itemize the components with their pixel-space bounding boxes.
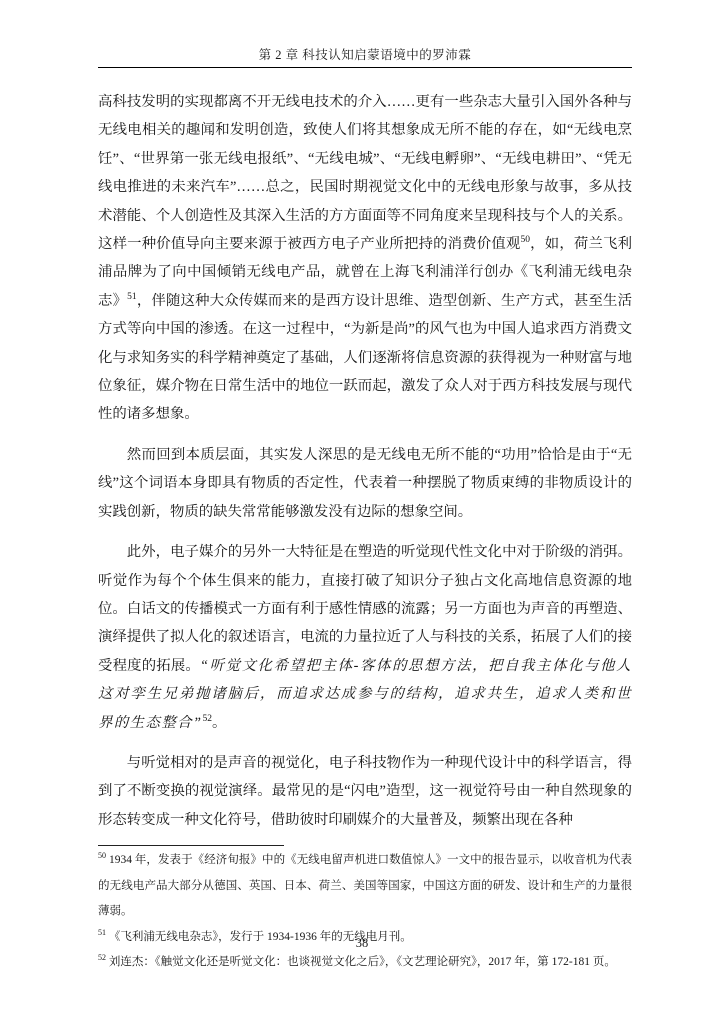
footnote-marker: 50 — [98, 851, 106, 860]
footnote-ref: 52 — [202, 714, 212, 724]
paragraph: 然而回到本质层面，其实发人深思的是无线电无所不能的“功用”恰恰是由于“无线”这个… — [98, 441, 632, 526]
document-page: 第 2 章 科技认知启蒙语境中的罗沛霖 高科技发明的实现都离不开无线电技术的介入… — [0, 0, 724, 1023]
footnote: 52 刘连杰：《触觉文化还是听觉文化：也谈视觉文化之后》，《文艺理论研究》，20… — [98, 950, 632, 976]
text-run: 然而回到本质层面，其实发人深思的是无线电无所不能的“功用”恰恰是由于“无线”这个… — [98, 447, 632, 520]
paragraph: 此外，电子媒介的另外一大特征是在塑造的听觉现代性文化中对于阶级的消弭。听觉作为每… — [98, 538, 632, 737]
text-run: ，伴随这种大众传媒而来的是西方设计思维、造型创新、生产方式，甚至生活方式等向中国… — [98, 293, 632, 423]
footnote-ref: 51 — [127, 292, 137, 302]
footnotes-block: 50 1934 年，发表于《经济旬报》中的《无线电留声机进口数值惊人》一文中的报… — [98, 848, 632, 976]
chapter-header: 第 2 章 科技认知启蒙语境中的罗沛霖 — [98, 45, 632, 63]
text-run: 。 — [212, 715, 226, 731]
header-rule — [98, 67, 632, 68]
paragraph: 高科技发明的实现都离不开无线电技术的介入……更有一些杂志大量引入国外各种与无线电… — [98, 88, 632, 429]
footnote-separator — [98, 845, 284, 846]
page-number: 38 — [0, 936, 724, 951]
footnote-text: 刘连杰：《触觉文化还是听觉文化：也谈视觉文化之后》，《文艺理论研究》，2017 … — [106, 956, 616, 968]
text-run: 与听觉相对的是声音的视觉化，电子科技物作为一种现代设计中的科学语言，得到了不断变… — [98, 755, 632, 828]
footnote: 50 1934 年，发表于《经济旬报》中的《无线电留声机进口数值惊人》一文中的报… — [98, 848, 632, 925]
body-text: 高科技发明的实现都离不开无线电技术的介入……更有一些杂志大量引入国外各种与无线电… — [98, 88, 632, 846]
text-run: 此外，电子媒介的另外一大特征是在塑造的听觉现代性文化中对于阶级的消弭。听觉作为每… — [98, 544, 632, 674]
paragraph: 与听觉相对的是声音的视觉化，电子科技物作为一种现代设计中的科学语言，得到了不断变… — [98, 749, 632, 834]
footnote-ref: 50 — [521, 235, 531, 245]
footnote-text: 1934 年，发表于《经济旬报》中的《无线电留声机进口数值惊人》一文中的报告显示… — [98, 854, 632, 917]
text-run: 高科技发明的实现都离不开无线电技术的介入……更有一些杂志大量引入国外各种与无线电… — [98, 94, 632, 252]
footnote-marker: 52 — [98, 953, 106, 962]
